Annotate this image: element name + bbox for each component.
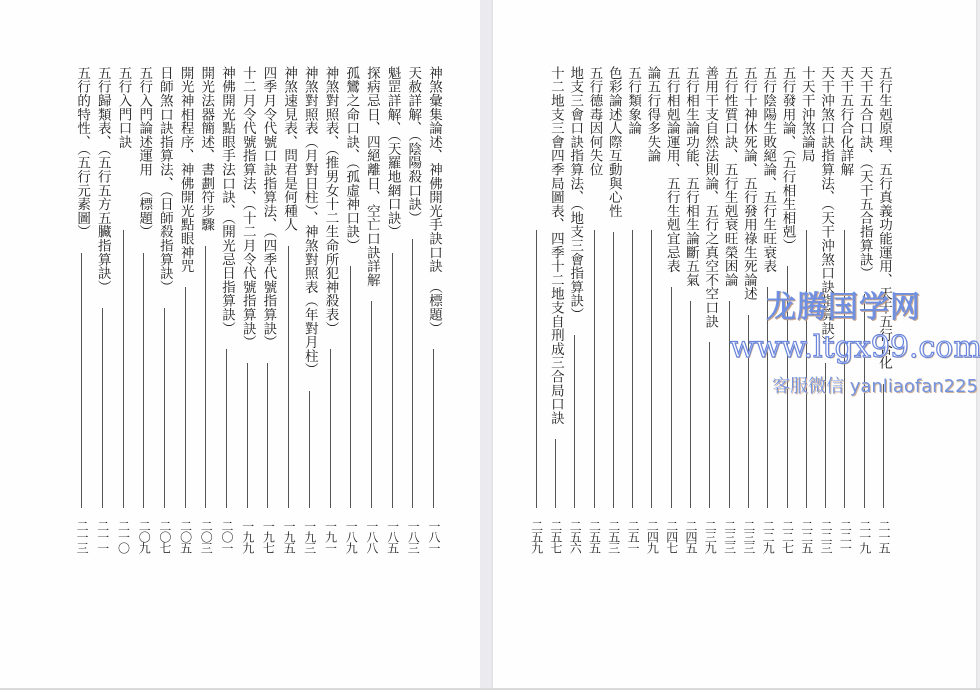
toc-entry-title: 善用干支自然法則論、五行之真空不空口訣 — [700, 66, 720, 328]
toc-entry-page-number: 二二七 — [778, 520, 798, 553]
toc-entry-title: 五行入門論述運用 （標題） — [134, 66, 154, 239]
toc-entry: 神煞速見表、問君是何種人一九五 — [279, 0, 299, 600]
toc-entry-title: 神煞速見表、問君是何種人 — [279, 66, 299, 232]
toc-entry-page-number: 二二三 — [816, 520, 836, 553]
toc-entry-page-number: 二三三 — [720, 520, 740, 553]
toc-leader-line — [226, 349, 227, 508]
toc-leader-line — [288, 246, 289, 508]
toc-entry-title: 十二地支三會四季局圖表、四季十二地支自刑成三合局口訣 — [546, 66, 566, 425]
toc-entry-title: 開光法器簡述、書劃符步驟 — [196, 66, 216, 232]
toc-leader-line — [613, 232, 614, 508]
toc-leader-line — [574, 335, 575, 508]
toc-leader-line — [81, 253, 82, 508]
toc-entry: 二五九 — [527, 0, 547, 600]
toc-entry-title: 論五行得多失論 — [642, 66, 662, 163]
toc-entry: 善用干支自然法則論、五行之真空不空口訣二三九 — [700, 0, 720, 600]
toc-leader-line — [247, 363, 248, 508]
toc-leader-line — [205, 246, 206, 508]
toc-entry-title: 神煞對照表、（推男女十二生命所犯神殺表） — [321, 66, 341, 335]
toc-entry-page-number: 一八五 — [383, 520, 403, 553]
toc-entry-title: 神煞對照表（月對日柱）、神煞對照表（年對月柱） — [300, 66, 320, 377]
toc-entry-page-number: 二一九 — [855, 520, 875, 553]
toc-leader-line — [767, 287, 768, 508]
toc-entry-page-number: 一九三 — [300, 520, 320, 553]
toc-entry-page-number: 二三九 — [700, 520, 720, 553]
toc-leader-line — [690, 301, 691, 508]
toc-entry-page-number: 一八三 — [403, 520, 423, 553]
toc-leader-line — [787, 266, 788, 508]
toc-leader-line — [729, 301, 730, 508]
toc-entry: 色彩論述人際互動與心性二五三 — [604, 0, 624, 600]
toc-leader-line — [433, 349, 434, 508]
toc-entry: 五行歸類表、（五行五方五臟指算訣）二一一 — [93, 0, 113, 600]
toc-leader-line — [102, 308, 103, 508]
document-viewer: 神煞彙集論述、神佛開光手訣口訣 （標題）一八一天赦詳解、（陰陽殺口訣）一八三魁罡… — [0, 0, 980, 690]
right-page: 五行生剋原理、五行真義功能運用、天干五行合化二一五天干五合口訣、（天干五合指算訣… — [493, 0, 976, 688]
toc-entry-title: 五行性質口訣、五行生剋衰旺榮困論 — [720, 66, 740, 287]
toc-entry-page-number: 二四九 — [642, 520, 662, 553]
toc-entry-page-number: 二一〇 — [114, 520, 134, 553]
toc-entry-title: 五行德毒因何失位 — [585, 66, 605, 176]
toc-leader-line — [143, 253, 144, 508]
page-gutter — [480, 0, 493, 690]
toc-entry: 神煞對照表（月對日柱）、神煞對照表（年對月柱）一九三 — [300, 0, 320, 600]
toc-entry-title: 開光神相程序、神佛開光點眼神咒 — [176, 66, 196, 273]
toc-entry-title: 五行入門口訣 — [114, 66, 134, 149]
toc-leader-line — [536, 230, 537, 508]
toc-leader-line — [594, 230, 595, 508]
toc-entry-title: 地支三會口訣指算法、（地支三會指算訣） — [565, 66, 585, 321]
toc-leader-line — [671, 287, 672, 508]
toc-entry-title: 天干五行合化詳解 — [835, 66, 855, 176]
toc-entry-title: 五行陰陽生敗絕論、五行生旺衰表 — [758, 66, 778, 273]
toc-entry-page-number: 二四七 — [662, 520, 682, 553]
toc-entry-title: 日師煞口訣指算法、（日師殺指算訣） — [155, 66, 175, 294]
toc-entry-title: 天干五合口訣、（天干五合指算訣） — [855, 66, 875, 280]
toc-entry-page-number: 一九七 — [258, 520, 278, 553]
toc-entry-page-number: 二五六 — [565, 520, 585, 553]
toc-entry: 開光神相程序、神佛開光點眼神咒二〇五 — [176, 0, 196, 600]
toc-entry-title: 天赦詳解、（陰陽殺口訣） — [403, 66, 423, 225]
toc-entry: 五行入門口訣二一〇 — [114, 0, 134, 600]
toc-entry-page-number: 一八八 — [362, 520, 382, 553]
toc-entry-page-number: 二一三 — [72, 520, 92, 553]
toc-leader-line — [844, 230, 845, 508]
toc-entry: 探病忌日、四絕離日、空亡口訣詳解一八八 — [362, 0, 382, 600]
toc-entry-page-number: 一九九 — [238, 520, 258, 553]
toc-entry-page-number: 一八九 — [341, 520, 361, 553]
toc-entry-page-number: 二五五 — [585, 520, 605, 553]
toc-entry-title: 神佛開光點眼手法口訣、（開光忌日指算訣） — [217, 66, 237, 335]
toc-entry: 五行相剋論運用、五行生剋宜忌表二四七 — [662, 0, 682, 600]
toc-entry-page-number: 二一一 — [93, 520, 113, 553]
toc-entry: 五行相生論功能、五行相生論斷五氣二四五 — [681, 0, 701, 600]
toc-leader-line — [555, 439, 556, 508]
toc-leader-line — [748, 315, 749, 508]
toc-entry: 日師煞口訣指算法、（日師殺指算訣）二〇七 — [155, 0, 175, 600]
toc-entry: 天赦詳解、（陰陽殺口訣）一八三 — [403, 0, 423, 600]
toc-entry-title: 五行類象論 — [623, 66, 643, 135]
toc-entry-page-number: 二三三 — [739, 520, 759, 553]
left-page: 神煞彙集論述、神佛開光手訣口訣 （標題）一八一天赦詳解、（陰陽殺口訣）一八三魁罡… — [0, 0, 480, 688]
toc-entry: 五行性質口訣、五行生剋衰旺榮困論二三三 — [720, 0, 740, 600]
toc-entry-title: 五行生剋原理、五行真義功能運用、天干五行合化 — [874, 66, 894, 370]
toc-entry-page-number: 二〇九 — [134, 520, 154, 553]
toc-entry-page-number: 二〇七 — [155, 520, 175, 553]
toc-entry: 天干五合口訣、（天干五合指算訣）二一九 — [855, 0, 875, 600]
toc-entry-page-number: 二〇五 — [176, 520, 196, 553]
toc-entry: 神煞對照表、（推男女十二生命所犯神殺表）一九一 — [321, 0, 341, 600]
toc-entry-title: 五行的特性、（五行元素圖） — [72, 66, 92, 239]
toc-entry: 五行入門論述運用 （標題）二〇九 — [134, 0, 154, 600]
toc-entry-title: 五行發用論、（五行相生相剋） — [778, 66, 798, 252]
toc-entry-title: 十二月令代號指算法、（十二月令代號指算訣） — [238, 66, 258, 349]
toc-leader-line — [330, 349, 331, 508]
toc-entry-page-number: 一八一 — [424, 520, 444, 553]
toc-entry-page-number: 二五七 — [546, 520, 566, 553]
toc-entry: 十二月令代號指算法、（十二月令代號指算訣）一九九 — [238, 0, 258, 600]
toc-entry: 五行類象論二五一 — [623, 0, 643, 600]
toc-entry-page-number: 二〇一 — [217, 520, 237, 553]
toc-entry-page-number: 二〇三 — [196, 520, 216, 553]
toc-entry-title: 四季月令代號口訣指算法、（四季代號指算訣） — [258, 66, 278, 349]
toc-entry: 地支三會口訣指算法、（地支三會指算訣）二五六 — [565, 0, 585, 600]
toc-leader-line — [123, 230, 124, 508]
toc-entry: 五行發用論、（五行相生相剋）二二七 — [778, 0, 798, 600]
toc-entry: 神煞彙集論述、神佛開光手訣口訣 （標題）一八一 — [424, 0, 444, 600]
toc-entry-page-number: 二五一 — [623, 520, 643, 553]
toc-entry: 天干沖煞口訣指算法、（天干沖煞口訣指算訣）二二三 — [816, 0, 836, 600]
toc-entry: 論五行得多失論二四九 — [642, 0, 662, 600]
toc-entry-page-number: 二五九 — [527, 520, 547, 553]
toc-entry-page-number: 二二九 — [758, 520, 778, 553]
toc-entry-page-number: 二五三 — [604, 520, 624, 553]
toc-leader-line — [651, 230, 652, 508]
toc-entry-title: 魁罡詳解、（天羅地網口訣） — [383, 66, 403, 239]
toc-leader-line — [825, 363, 826, 508]
toc-leader-line — [806, 230, 807, 508]
toc-entry: 天干五行合化詳解二二一 — [835, 0, 855, 600]
toc-entry-title: 天干沖煞口訣指算法、（天干沖煞口訣指算訣） — [816, 66, 836, 349]
toc-entry-title: 孤鸞之命口訣、（孤虛神口訣） — [341, 66, 361, 252]
toc-entry: 五行德毒因何失位二五五 — [585, 0, 605, 600]
toc-entry: 魁罡詳解、（天羅地網口訣）一八五 — [383, 0, 403, 600]
toc-leader-line — [632, 230, 633, 508]
toc-entry-page-number: 一九五 — [279, 520, 299, 553]
toc-leader-line — [412, 239, 413, 508]
toc-entry: 神佛開光點眼手法口訣、（開光忌日指算訣）二〇一 — [217, 0, 237, 600]
toc-entry-title: 十天干沖煞論局 — [797, 66, 817, 163]
toc-leader-line — [371, 301, 372, 508]
toc-entry-title: 五行歸類表、（五行五方五臟指算訣） — [93, 66, 113, 294]
toc-leader-line — [185, 287, 186, 508]
toc-leader-line — [350, 266, 351, 508]
toc-entry-page-number: 一九一 — [321, 520, 341, 553]
toc-leader-line — [267, 363, 268, 508]
toc-entry-title: 五行相剋論運用、五行生剋宜忌表 — [662, 66, 682, 273]
toc-entry-page-number: 二四五 — [681, 520, 701, 553]
toc-leader-line — [709, 342, 710, 508]
toc-entry: 十天干沖煞論局二二五 — [797, 0, 817, 600]
toc-entry-title: 五行相生論功能、五行相生論斷五氣 — [681, 66, 701, 287]
toc-leader-line — [864, 294, 865, 508]
toc-entry: 五行十神休死論、五行發用祿生死論述二三三 — [739, 0, 759, 600]
toc-entry: 孤鸞之命口訣、（孤虛神口訣）一八九 — [341, 0, 361, 600]
toc-leader-line — [883, 384, 884, 508]
toc-entry-title: 五行十神休死論、五行發用祿生死論述 — [739, 66, 759, 301]
toc-entry: 四季月令代號口訣指算法、（四季代號指算訣）一九七 — [258, 0, 278, 600]
toc-entry: 五行的特性、（五行元素圖）二一三 — [72, 0, 92, 600]
toc-entry-page-number: 二二一 — [835, 520, 855, 553]
toc-leader-line — [309, 391, 310, 508]
toc-entry: 五行陰陽生敗絕論、五行生旺衰表二二九 — [758, 0, 778, 600]
toc-entry: 五行生剋原理、五行真義功能運用、天干五行合化二一五 — [874, 0, 894, 600]
toc-entry: 開光法器簡述、書劃符步驟二〇三 — [196, 0, 216, 600]
toc-entry-page-number: 二一五 — [874, 520, 894, 553]
toc-leader-line — [392, 253, 393, 508]
toc-entry-title: 色彩論述人際互動與心性 — [604, 66, 624, 218]
toc-entry-title: 探病忌日、四絕離日、空亡口訣詳解 — [362, 66, 382, 287]
toc-entry-page-number: 二二五 — [797, 520, 817, 553]
toc-leader-line — [164, 308, 165, 508]
toc-entry: 十二地支三會四季局圖表、四季十二地支自刑成三合局口訣二五七 — [546, 0, 566, 600]
toc-entry-title: 神煞彙集論述、神佛開光手訣口訣 （標題） — [424, 66, 444, 335]
